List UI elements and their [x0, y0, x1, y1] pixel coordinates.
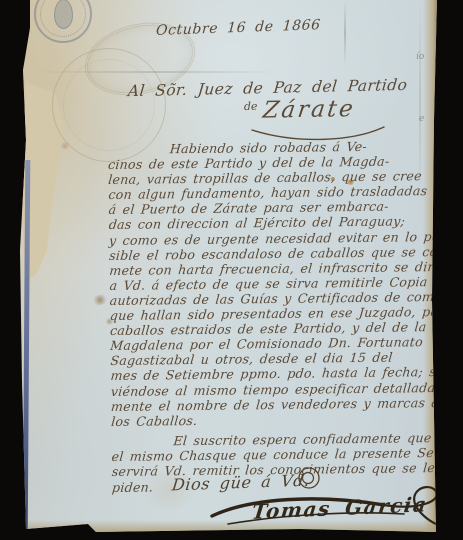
manuscript-page: Octubre 16 de 1866 Al Sõr. Juez de Paz d…: [0, 0, 463, 540]
manuscript-line: los Caballos.: [111, 410, 442, 429]
paper-stain: [91, 293, 109, 308]
salutation-place: Zárate: [261, 96, 356, 124]
margin-mark: ío: [416, 52, 424, 62]
round-ink-stamp-icon: [34, 0, 92, 43]
manuscript-photo: Octubre 16 de 1866 Al Sõr. Juez de Paz d…: [0, 0, 463, 540]
paper-crease: [344, 0, 346, 66]
last-word: piden.: [111, 480, 154, 496]
stamp-center-emblem: [54, 0, 73, 29]
margin-mark: e: [419, 114, 424, 124]
date-line: Octubre 16 de 1866: [155, 17, 321, 39]
paragraph-1: Habiendo sido robadas á Ve-cinos de este…: [108, 138, 441, 429]
letter-body: Habiendo sido robadas á Ve-cinos de este…: [108, 138, 442, 495]
salutation-place-line: de Zárate: [244, 96, 355, 124]
salutation-de: de: [244, 100, 258, 113]
